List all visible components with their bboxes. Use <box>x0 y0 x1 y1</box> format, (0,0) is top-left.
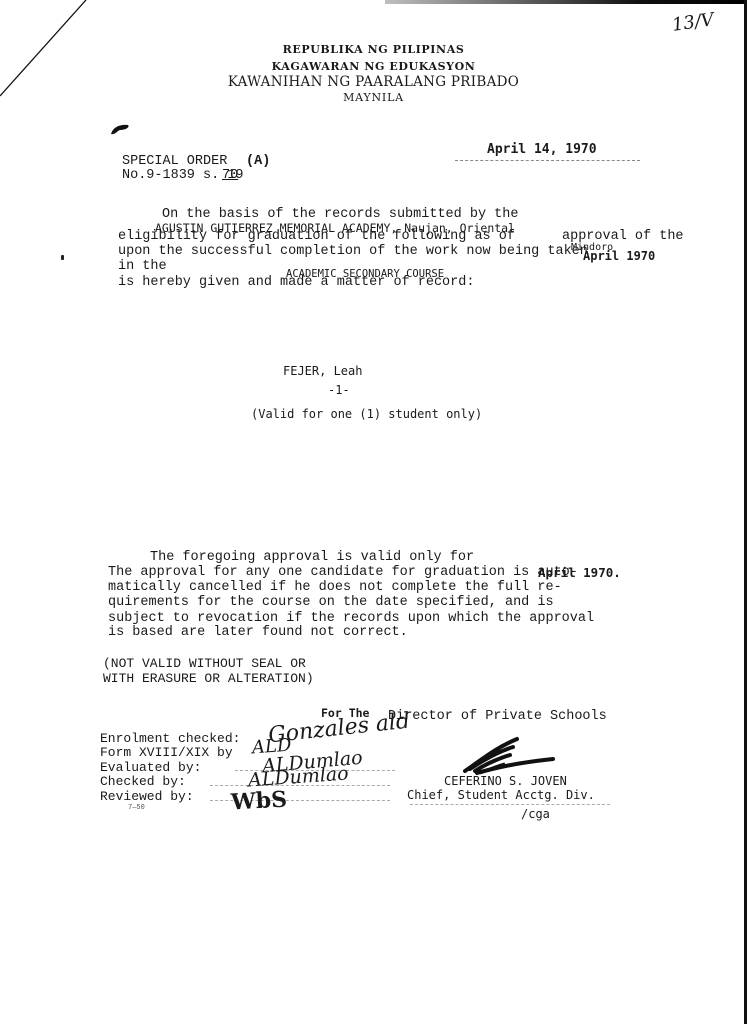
body-line-4: in the <box>118 259 167 274</box>
check-evaluated-label: Evaluated by: <box>100 760 201 775</box>
typist-initials: /cga <box>521 807 550 821</box>
validity-line-3: matically cancelled if he does not compl… <box>108 580 562 595</box>
letterhead-bureau: KAWANIHAN NG PAARALANG PRIBADO <box>0 74 747 90</box>
as-of-date: April 1970 <box>583 249 655 263</box>
body-line-2: eligibility for graduation of the follow… <box>118 229 515 244</box>
student-name: FEJER, Leah <box>283 364 362 378</box>
signature-line <box>410 804 610 805</box>
body-line-3: upon the successful completion of the wo… <box>118 244 588 259</box>
letterhead-city: MAYNILA <box>0 91 747 104</box>
letterhead-republic: REPUBLIKA NG PILIPINAS <box>0 43 747 56</box>
special-order-letter: (A) <box>246 154 270 169</box>
body-line-5: is hereby given and made a matter of rec… <box>118 275 474 290</box>
page-number-annotation: 13/V <box>671 9 715 36</box>
signature-reviewed: WbS <box>230 787 287 816</box>
check-reviewed-label: Reviewed by: <box>100 789 194 804</box>
form-code: 7—50 <box>128 804 145 812</box>
check-enrolment-label: Enrolment checked: <box>100 731 240 746</box>
validity-line-5: subject to revocation if the records upo… <box>108 611 594 626</box>
warning-line-2: WITH ERASURE OR ALTERATION) <box>103 671 314 686</box>
student-count: -1- <box>328 383 350 397</box>
body-line-1: On the basis of the records submitted by… <box>162 207 518 222</box>
date-underline <box>455 160 640 161</box>
page-top-edge <box>385 0 745 4</box>
warning-line-1: (NOT VALID WITHOUT SEAL OR <box>103 656 306 671</box>
validity-line-6: is based are later found not correct. <box>108 625 408 640</box>
special-order-title: SPECIAL ORDER <box>122 154 227 169</box>
validity-line-2: The approval for any one candidate for g… <box>108 565 578 580</box>
validity-line-1: The foregoing approval is valid only for <box>150 550 474 565</box>
special-order-year: 70 <box>222 168 238 183</box>
chief-name: CEFERINO S. JOVEN <box>444 774 567 788</box>
order-date: April 14, 1970 <box>487 142 597 157</box>
letterhead-department: KAGAWARAN NG EDUKASYON <box>0 60 747 73</box>
check-checked-label: Checked by: <box>100 774 186 789</box>
director-office: Director of Private Schools <box>388 709 607 724</box>
check-form-label: Form XVIII/XIX by <box>100 745 233 760</box>
ink-blot <box>108 121 132 137</box>
validity-line-4: quirements for the course on the date sp… <box>108 595 554 610</box>
chief-title: Chief, Student Acctg. Div. <box>407 788 595 802</box>
ink-speck <box>61 255 64 260</box>
student-note: (Valid for one (1) student only) <box>251 407 482 421</box>
chief-signature <box>455 733 565 778</box>
